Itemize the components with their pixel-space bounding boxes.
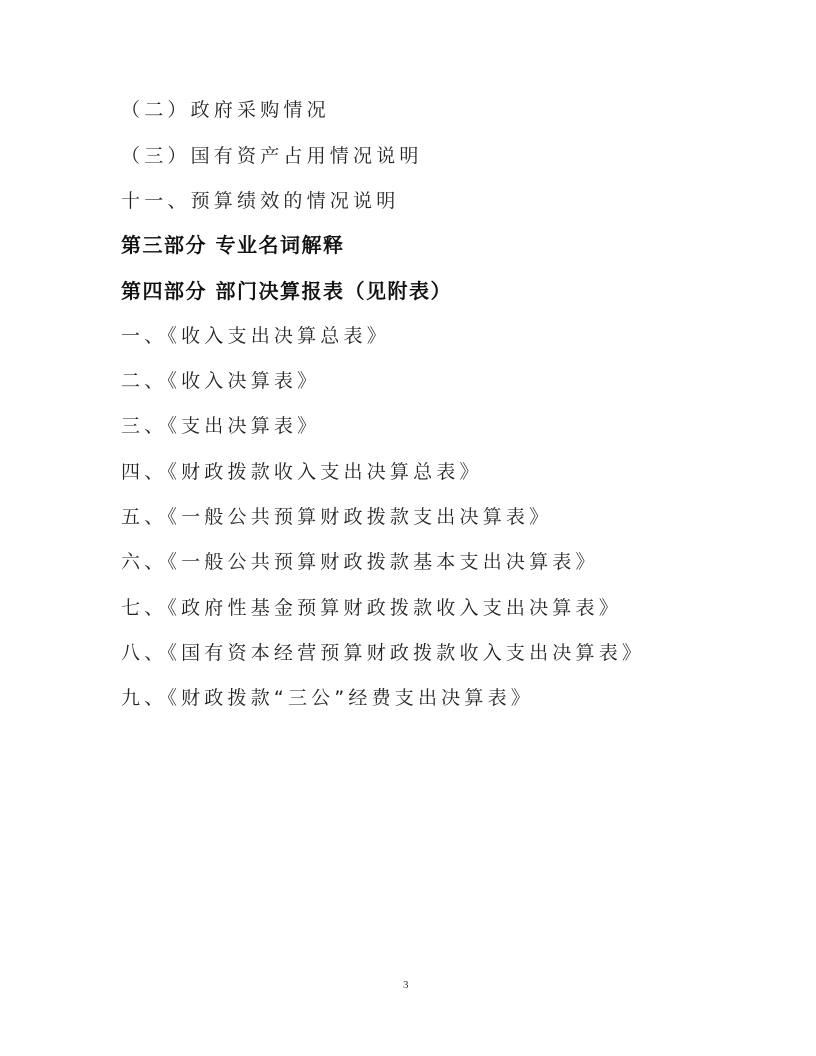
toc-item-budget-performance: 十一、预算绩效的情况说明 (121, 189, 399, 213)
toc-item-table-2: 二、《收入决算表》 (121, 369, 320, 393)
toc-item-government-procurement: （二）政府采购情况 (121, 98, 330, 122)
toc-item-table-3: 三、《支出决算表》 (121, 414, 320, 438)
toc-item-table-9: 九、《财政拨款“三公”经费支出决算表》 (121, 686, 534, 710)
toc-item-table-6: 六、《一般公共预算财政拨款基本支出决算表》 (121, 550, 599, 574)
section-heading-part-four: 第四部分 部门决算报表（见附表） (121, 279, 452, 303)
section-heading-part-three: 第三部分 专业名词解释 (121, 233, 344, 257)
toc-item-table-4: 四、《财政拨款收入支出决算总表》 (121, 460, 483, 484)
page-number: 3 (403, 979, 409, 991)
toc-item-state-assets: （三）国有资产占用情况说明 (121, 144, 423, 168)
toc-item-table-5: 五、《一般公共预算财政拨款支出决算表》 (121, 505, 552, 529)
toc-item-table-7: 七、《政府性基金预算财政拨款收入支出决算表》 (121, 596, 622, 620)
document-page: （二）政府采购情况 （三）国有资产占用情况说明 十一、预算绩效的情况说明 第三部… (0, 0, 816, 1056)
toc-item-table-8: 八、《国有资本经营预算财政拨款收入支出决算表》 (121, 641, 645, 665)
toc-item-table-1: 一、《收入支出决算总表》 (121, 324, 390, 348)
